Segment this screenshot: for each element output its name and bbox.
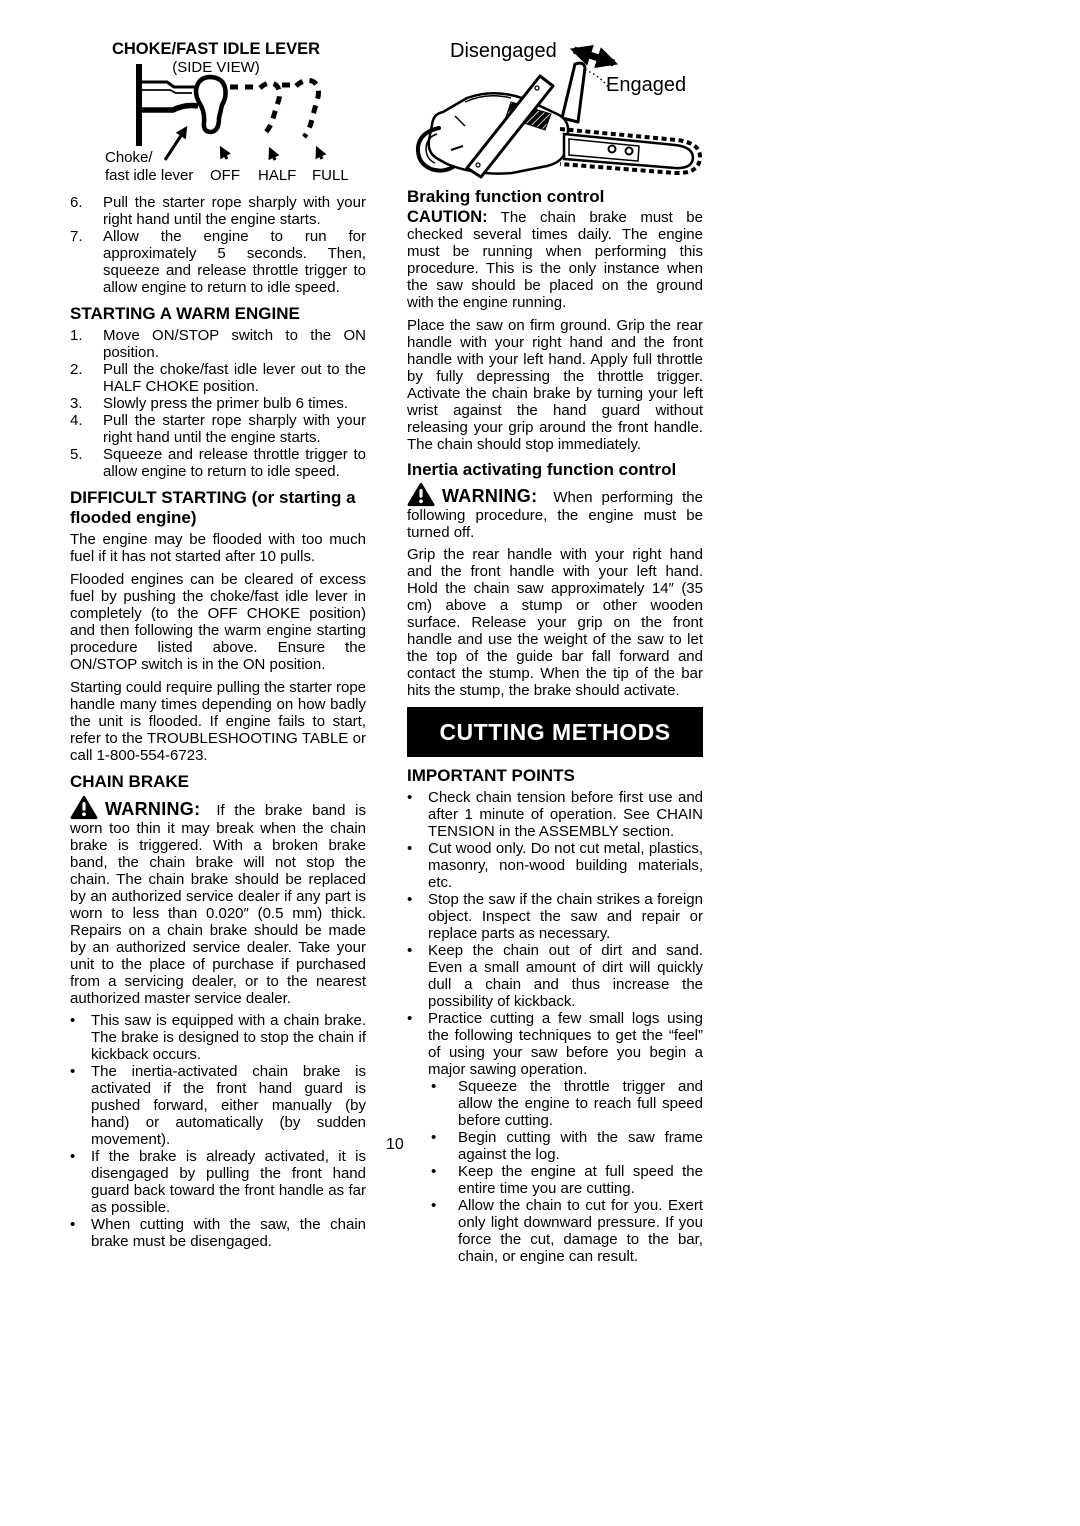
list-text: Squeeze the throttle trigger and allow t… xyxy=(458,1078,703,1129)
list-text: Practice cutting a few small logs using … xyxy=(428,1010,703,1078)
warning-paragraph: WARNING:If the brake band is worn too th… xyxy=(70,795,366,1007)
bullet-marker: • xyxy=(431,1163,458,1197)
warning-text: If the brake band is worn too thin it ma… xyxy=(70,802,366,1007)
list-item: • Keep the chain out of dirt and sand. E… xyxy=(407,942,703,1010)
bullet-marker: • xyxy=(431,1129,458,1163)
manual-page: CHOKE/FAST IDLE LEVER (SIDE VIEW) Choke/… xyxy=(0,0,1080,1526)
paragraph: The engine may be flooded with too much … xyxy=(70,531,366,565)
list-text: Stop the saw if the chain strikes a fore… xyxy=(428,891,703,942)
banner-title: CUTTING METHODS xyxy=(439,719,670,746)
list-text: Pull the starter rope sharply with your … xyxy=(103,194,366,228)
list-text: When cutting with the saw, the chain bra… xyxy=(91,1216,366,1250)
section-heading-inertia: Inertia activating function control xyxy=(407,460,703,480)
list-item: • Allow the chain to cut for you. Exert … xyxy=(431,1197,703,1265)
choke-position-half: HALF xyxy=(258,167,296,184)
paragraph: Starting could require pulling the start… xyxy=(70,679,366,764)
bullet-marker: • xyxy=(70,1216,91,1250)
brake-label-engaged: Engaged xyxy=(606,74,686,96)
list-number: 7. xyxy=(70,228,103,296)
list-number: 5. xyxy=(70,446,103,480)
list-item: • Begin cutting with the saw frame again… xyxy=(431,1129,703,1163)
list-item: • If the brake is already activated, it … xyxy=(70,1148,366,1216)
bullet-marker: • xyxy=(407,789,428,840)
choke-position-off: OFF xyxy=(210,167,240,184)
list-number: 3. xyxy=(70,395,103,412)
list-text: Cut wood only. Do not cut metal, plastic… xyxy=(428,840,703,891)
section-heading-important-points: IMPORTANT POINTS xyxy=(407,766,703,786)
list-text: Squeeze and release throttle trigger to … xyxy=(103,446,366,480)
list-text: Keep the engine at full speed the entire… xyxy=(458,1163,703,1197)
warning-paragraph: WARNING:When performing the following pr… xyxy=(407,482,703,541)
list-item: • Cut wood only. Do not cut metal, plast… xyxy=(407,840,703,891)
bullet-marker: • xyxy=(70,1063,91,1148)
choke-position-full: FULL xyxy=(312,167,349,184)
warning-label: WARNING: xyxy=(442,486,537,506)
choke-lever-drawing xyxy=(139,64,322,160)
list-item: 2. Pull the choke/fast idle lever out to… xyxy=(70,361,366,395)
list-text: Move ON/STOP switch to the ON position. xyxy=(103,327,366,361)
section-heading-warm-engine: STARTING A WARM ENGINE xyxy=(70,304,366,324)
list-item: 5. Squeeze and release throttle trigger … xyxy=(70,446,366,480)
choke-pointer-label-line1: Choke/ xyxy=(105,149,153,166)
list-item: • When cutting with the saw, the chain b… xyxy=(70,1216,366,1250)
chain-brake-figure: Disengaged Engaged xyxy=(407,30,703,185)
list-item: • Stop the saw if the chain strikes a fo… xyxy=(407,891,703,942)
cutting-methods-banner: CUTTING METHODS xyxy=(407,707,703,757)
list-item: 3. Slowly press the primer bulb 6 times. xyxy=(70,395,366,412)
caution-paragraph: CAUTION:The chain brake must be checked … xyxy=(407,209,703,311)
list-item: • This saw is equipped with a chain brak… xyxy=(70,1012,366,1063)
list-text: Check chain tension before first use and… xyxy=(428,789,703,840)
warning-label: WARNING: xyxy=(105,799,200,819)
paragraph: Place the saw on firm ground. Grip the r… xyxy=(407,317,703,453)
bullet-marker: • xyxy=(70,1012,91,1063)
list-text: Pull the choke/fast idle lever out to th… xyxy=(103,361,366,395)
warning-icon xyxy=(70,795,98,820)
list-text: Pull the starter rope sharply with your … xyxy=(103,412,366,446)
bullet-marker: • xyxy=(407,840,428,891)
bullet-marker: • xyxy=(70,1148,91,1216)
list-number: 4. xyxy=(70,412,103,446)
paragraph: Grip the rear handle with your right han… xyxy=(407,546,703,699)
bullet-marker: • xyxy=(431,1197,458,1265)
brake-label-disengaged: Disengaged xyxy=(450,40,557,62)
page-number: 10 xyxy=(386,1136,404,1154)
list-item: 7. Allow the engine to run for approxima… xyxy=(70,228,366,296)
list-number: 1. xyxy=(70,327,103,361)
left-column: CHOKE/FAST IDLE LEVER (SIDE VIEW) Choke/… xyxy=(70,38,366,1250)
list-item: • Squeeze the throttle trigger and allow… xyxy=(431,1078,703,1129)
section-heading-braking-function: Braking function control xyxy=(407,187,703,207)
section-heading-chain-brake: CHAIN BRAKE xyxy=(70,772,366,792)
list-text: If the brake is already activated, it is… xyxy=(91,1148,366,1216)
choke-figure-subtitle: (SIDE VIEW) xyxy=(172,59,260,76)
double-arrow xyxy=(574,50,614,63)
list-text: Allow the engine to run for approximatel… xyxy=(103,228,366,296)
list-number: 2. xyxy=(70,361,103,395)
choke-figure-title: CHOKE/FAST IDLE LEVER xyxy=(112,40,320,58)
list-item: • Keep the engine at full speed the enti… xyxy=(431,1163,703,1197)
list-item: 1. Move ON/STOP switch to the ON positio… xyxy=(70,327,366,361)
list-item: • The inertia-activated chain brake is a… xyxy=(70,1063,366,1148)
list-text: Keep the chain out of dirt and sand. Eve… xyxy=(428,942,703,1010)
list-text: This saw is equipped with a chain brake.… xyxy=(91,1012,366,1063)
list-text: Allow the chain to cut for you. Exert on… xyxy=(458,1197,703,1265)
list-text: Slowly press the primer bulb 6 times. xyxy=(103,395,366,412)
list-number: 6. xyxy=(70,194,103,228)
right-column: Disengaged Engaged xyxy=(407,30,703,1265)
warning-icon xyxy=(407,482,435,507)
list-item: • Check chain tension before first use a… xyxy=(407,789,703,840)
bullet-marker: • xyxy=(431,1078,458,1129)
list-text: The inertia-activated chain brake is act… xyxy=(91,1063,366,1148)
list-item: 4. Pull the starter rope sharply with yo… xyxy=(70,412,366,446)
paragraph: Flooded engines can be cleared of excess… xyxy=(70,571,366,673)
bullet-marker: • xyxy=(407,942,428,1010)
caution-label: CAUTION: xyxy=(407,208,488,226)
section-heading-difficult-starting: DIFFICULT STARTING (or starting a floode… xyxy=(70,488,366,528)
bullet-marker: • xyxy=(407,1010,428,1078)
list-text: Begin cutting with the saw frame against… xyxy=(458,1129,703,1163)
bullet-marker: • xyxy=(407,891,428,942)
choke-fast-idle-lever-figure: CHOKE/FAST IDLE LEVER (SIDE VIEW) Choke/… xyxy=(70,38,366,186)
choke-pointer-label-line2: fast idle lever xyxy=(105,167,193,184)
list-item: 6. Pull the starter rope sharply with yo… xyxy=(70,194,366,228)
list-item: • Practice cutting a few small logs usin… xyxy=(407,1010,703,1078)
